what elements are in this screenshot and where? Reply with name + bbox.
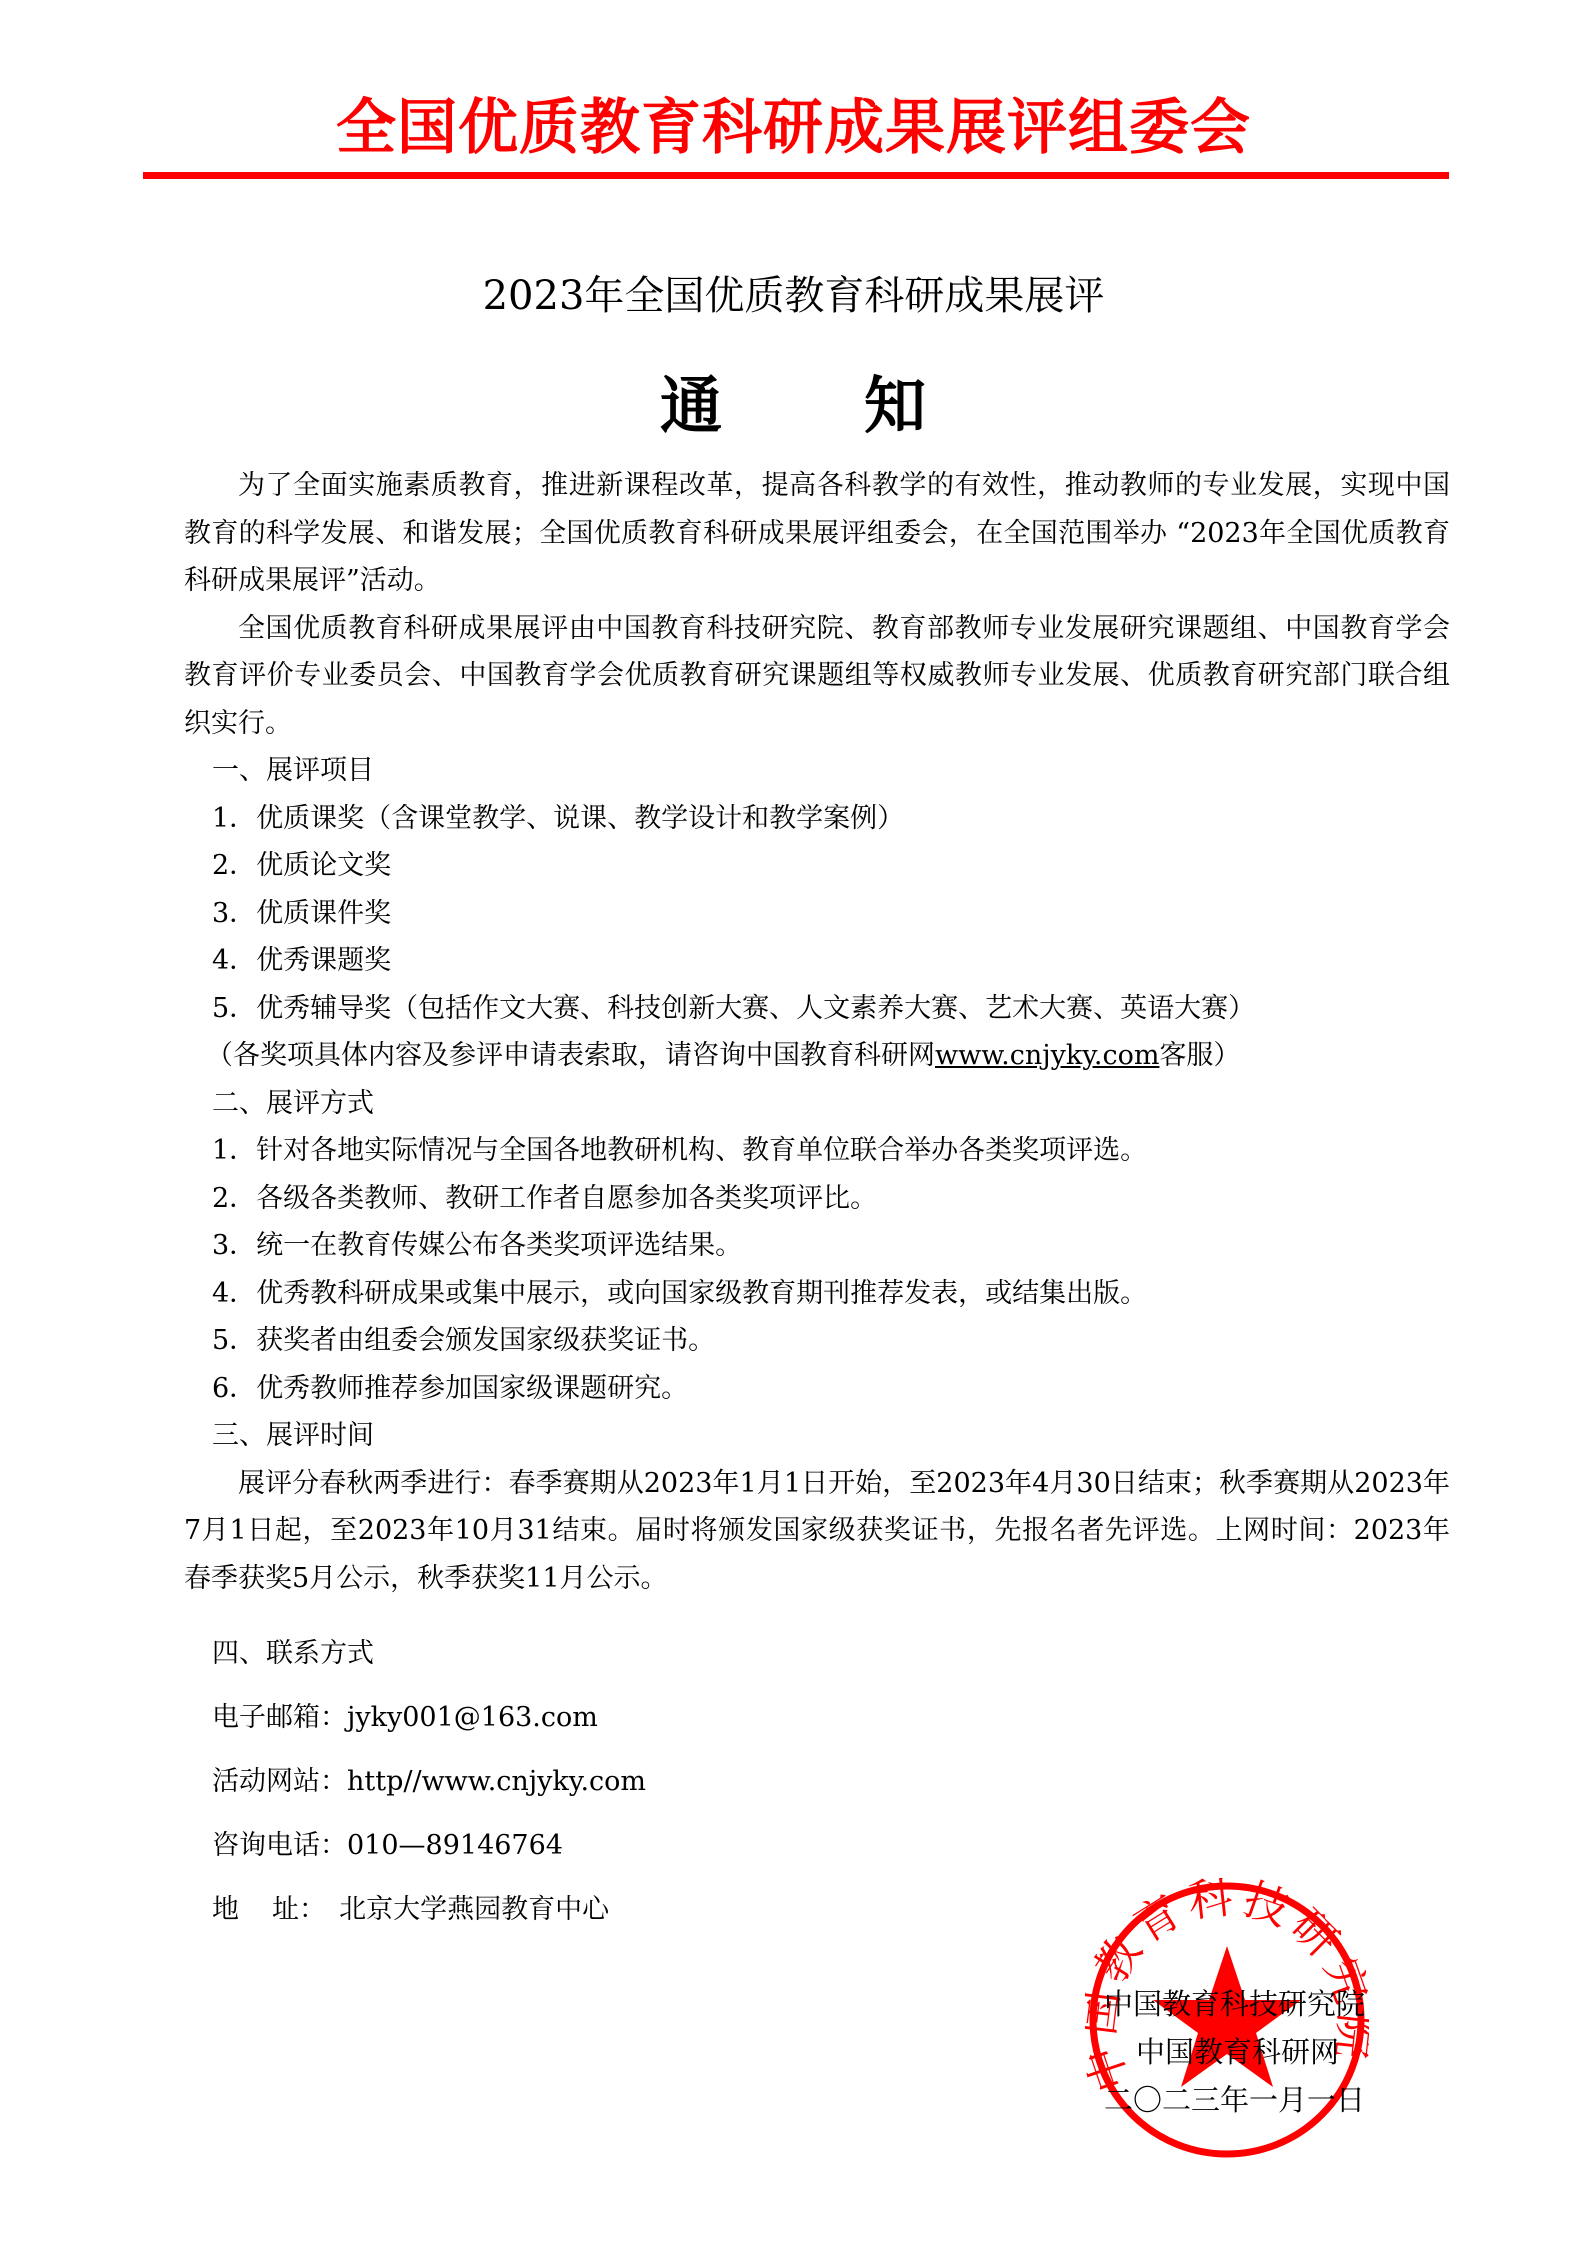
document-heading-char-1: 通 bbox=[660, 366, 722, 446]
email-label: 电子邮箱： bbox=[212, 1698, 347, 1738]
website-row: 活动网站：http//www.cnjyky.com bbox=[212, 1762, 646, 1802]
address-label: 地 bbox=[212, 1890, 272, 1930]
list-item: 2．各级各类教师、教研工作者自愿参加各类奖项评比。 bbox=[184, 1175, 1450, 1223]
list-item: 4．优秀教科研成果或集中展示，或向国家级教育期刊推荐发表，或结集出版。 bbox=[184, 1270, 1450, 1318]
intro-paragraph: 为了全面实施素质教育，推进新课程改革，提高各科教学的有效性，推动教师的专业发展，… bbox=[184, 462, 1450, 605]
phone-row: 咨询电话：010—89146764 bbox=[212, 1826, 563, 1866]
document-heading-char-2: 知 bbox=[864, 366, 926, 446]
list-item: 5．获奖者由组委会颁发国家级获奖证书。 bbox=[184, 1317, 1450, 1365]
signature-date: 二〇二三年一月一日 bbox=[1104, 2078, 1365, 2122]
list-item: 3．优质课件奖 bbox=[184, 890, 1450, 938]
address-value: 北京大学燕园教育中心 bbox=[339, 1894, 609, 1925]
phone-value: 010—89146764 bbox=[347, 1830, 563, 1861]
list-item: 4．优秀课题奖 bbox=[184, 937, 1450, 985]
section-note: （各奖项具体内容及参评申请表索取，请咨询中国教育科研网www.cnjyky.co… bbox=[184, 1032, 1450, 1080]
website-label: 活动网站： bbox=[212, 1762, 347, 1802]
schedule-paragraph: 展评分春秋两季进行：春季赛期从2023年1月1日开始，至2023年4月30日结束… bbox=[184, 1460, 1450, 1603]
address-row: 地址： 北京大学燕园教育中心 bbox=[212, 1890, 609, 1930]
header-divider bbox=[143, 172, 1449, 179]
section-title: 三、展评时间 bbox=[184, 1412, 1450, 1460]
document-body: 为了全面实施素质教育，推进新课程改革，提高各科教学的有效性，推动教师的专业发展，… bbox=[184, 462, 1450, 1602]
list-item: 1．优质课奖（含课堂教学、说课、教学设计和教学案例） bbox=[184, 795, 1450, 843]
email-value[interactable]: jyky001@163.com bbox=[347, 1702, 598, 1733]
document-subtitle: 2023年全国优质教育科研成果展评 bbox=[0, 268, 1587, 324]
list-item: 3．统一在教育传媒公布各类奖项评选结果。 bbox=[184, 1222, 1450, 1270]
intro-paragraph: 全国优质教育科研成果展评由中国教育科技研究院、教育部教师专业发展研究课题组、中国… bbox=[184, 605, 1450, 748]
org-title: 全国优质教育科研成果展评组委会 bbox=[0, 88, 1587, 168]
section-title: 一、展评项目 bbox=[184, 747, 1450, 795]
note-text: 客服） bbox=[1159, 1040, 1240, 1071]
section-title: 四、联系方式 bbox=[212, 1634, 374, 1674]
list-item: 6．优秀教师推荐参加国家级课题研究。 bbox=[184, 1365, 1450, 1413]
section-title: 二、展评方式 bbox=[184, 1080, 1450, 1128]
signature-org-2: 中国教育科研网 bbox=[1136, 2030, 1339, 2074]
website-link[interactable]: www.cnjyky.com bbox=[935, 1040, 1159, 1071]
address-label: 址： bbox=[272, 1890, 322, 1930]
note-text: （各奖项具体内容及参评申请表索取，请咨询中国教育科研网 bbox=[206, 1040, 935, 1071]
list-item: 5．优秀辅导奖（包括作文大赛、科技创新大赛、人文素养大赛、艺术大赛、英语大赛） bbox=[184, 985, 1450, 1033]
website-value[interactable]: http//www.cnjyky.com bbox=[347, 1766, 646, 1797]
list-item: 1．针对各地实际情况与全国各地教研机构、教育单位联合举办各类奖项评选。 bbox=[184, 1127, 1450, 1175]
list-item: 2．优质论文奖 bbox=[184, 842, 1450, 890]
phone-label: 咨询电话： bbox=[212, 1826, 347, 1866]
signature-org-1: 中国教育科技研究院 bbox=[1104, 1982, 1365, 2026]
email-row: 电子邮箱：jyky001@163.com bbox=[212, 1698, 598, 1738]
